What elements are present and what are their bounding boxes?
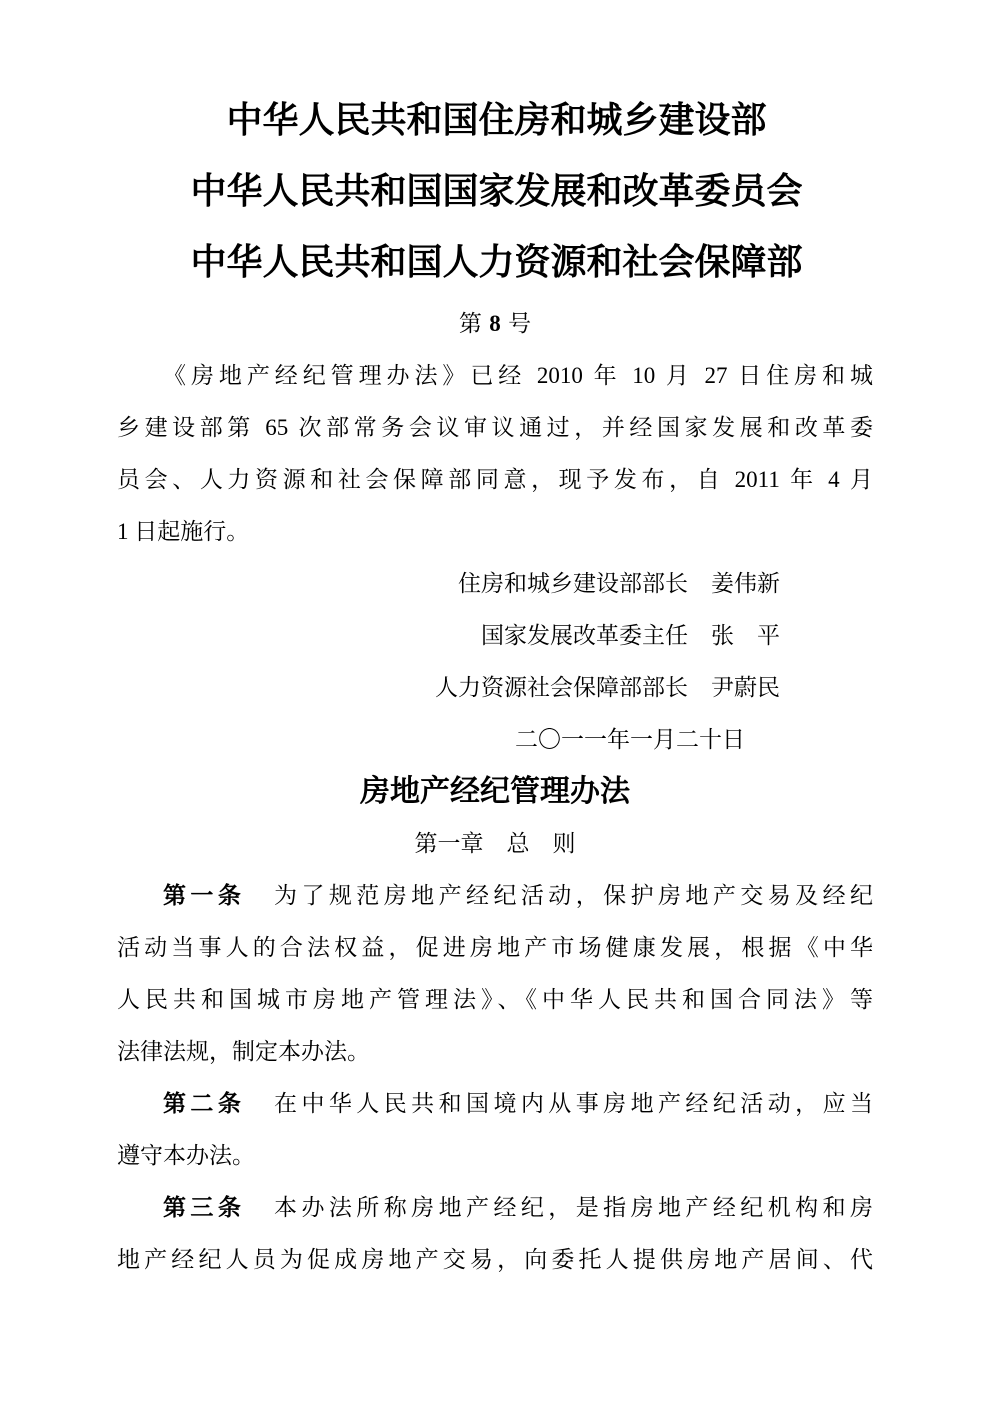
article-first-line: 第三条本办法所称房地产经纪，是指房地产经纪机构和房	[117, 1182, 873, 1234]
issuing-agency-title: 中华人民共和国国家发展和改革委员会	[0, 156, 993, 227]
article-text-line: 人民共和国城市房地产管理法》、《中华人民共和国合同法》等	[117, 974, 873, 1026]
signature-date-line: 二〇一一年一月二十日	[117, 714, 873, 766]
announcement-line: 员会、人力资源和社会保障部同意，现予发布，自 2011 年 4 月	[117, 454, 873, 506]
article-text-line: 活动当事人的合法权益，促进房地产市场健康发展，根据《中华	[117, 922, 873, 974]
signature-block: 住房和城乡建设部部长 姜伟新 国家发展改革委主任 张 平 人力资源社会保障部部长…	[117, 558, 873, 766]
document-number-value: 8	[489, 311, 501, 336]
chapter-heading: 第一章 总 则	[117, 818, 873, 870]
issuing-agency-title: 中华人民共和国人力资源和社会保障部	[0, 227, 993, 298]
article-text: 本办法所称房地产经纪，是指房地产经纪机构和房	[274, 1195, 873, 1220]
announcement-paragraph: 《房地产经纪管理办法》已经 2010 年 10 月 27 日住房和城 乡建设部第…	[117, 350, 873, 558]
article-number: 第三条	[163, 1195, 245, 1220]
article-text: 为了规范房地产经纪活动，保护房地产交易及经纪	[274, 883, 873, 908]
article-paragraph: 第三条本办法所称房地产经纪，是指房地产经纪机构和房 地产经纪人员为促成房地产交易…	[117, 1182, 873, 1286]
article-text: 在中华人民共和国境内从事房地产经纪活动，应当	[274, 1091, 873, 1116]
document-number: 第8号	[117, 298, 873, 350]
document-number-suffix: 号	[508, 311, 531, 336]
signature-line: 住房和城乡建设部部长 姜伟新	[117, 558, 873, 610]
article-paragraph: 第二条在中华人民共和国境内从事房地产经纪活动，应当 遵守本办法。	[117, 1078, 873, 1182]
document-header: 中华人民共和国住房和城乡建设部 中华人民共和国国家发展和改革委员会 中华人民共和…	[0, 85, 993, 298]
signature-line: 人力资源社会保障部部长 尹蔚民	[117, 662, 873, 714]
article-first-line: 第二条在中华人民共和国境内从事房地产经纪活动，应当	[117, 1078, 873, 1130]
article-number: 第二条	[163, 1091, 245, 1116]
announcement-line: 《房地产经纪管理办法》已经 2010 年 10 月 27 日住房和城	[117, 350, 873, 402]
article-number: 第一条	[163, 883, 245, 908]
document-body: 第8号 《房地产经纪管理办法》已经 2010 年 10 月 27 日住房和城 乡…	[117, 298, 873, 1286]
article-text-line: 遵守本办法。	[117, 1130, 873, 1182]
announcement-line: 乡建设部第 65 次部常务会议审议通过，并经国家发展和改革委	[117, 402, 873, 454]
article-text-line: 法律法规，制定本办法。	[117, 1026, 873, 1078]
article-first-line: 第一条为了规范房地产经纪活动，保护房地产交易及经纪	[117, 870, 873, 922]
article-text-line: 地产经纪人员为促成房地产交易，向委托人提供房地产居间、代	[117, 1234, 873, 1286]
document-number-prefix: 第	[459, 311, 482, 336]
regulation-title: 房地产经纪管理办法	[117, 766, 873, 818]
article-paragraph: 第一条为了规范房地产经纪活动，保护房地产交易及经纪 活动当事人的合法权益，促进房…	[117, 870, 873, 1078]
document-page: 中华人民共和国住房和城乡建设部 中华人民共和国国家发展和改革委员会 中华人民共和…	[0, 0, 993, 1404]
announcement-line: 1 日起施行。	[117, 506, 873, 558]
signature-line: 国家发展改革委主任 张 平	[117, 610, 873, 662]
issuing-agency-title: 中华人民共和国住房和城乡建设部	[0, 85, 993, 156]
